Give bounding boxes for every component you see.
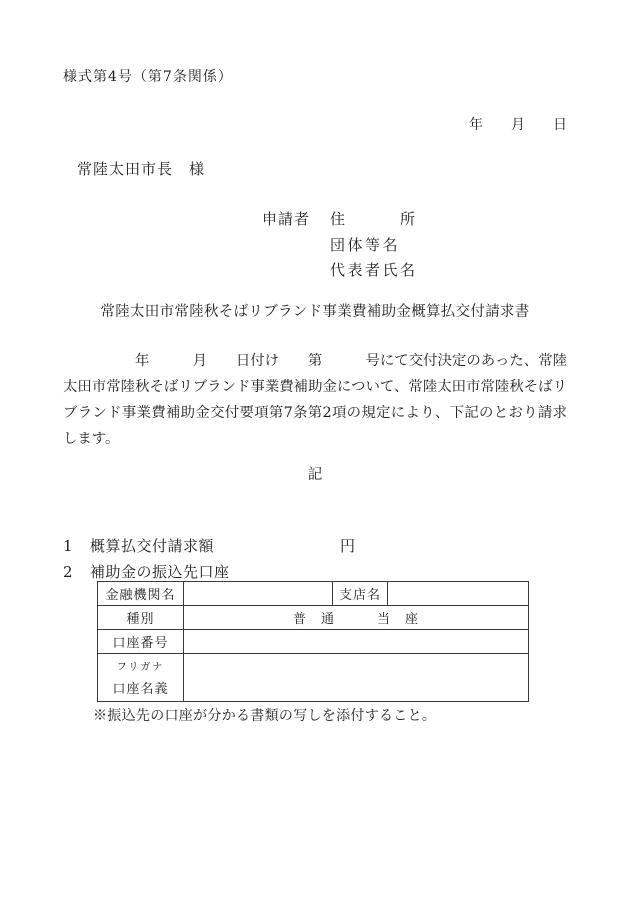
furigana-label: フリガナ — [117, 658, 165, 673]
applicant-label: 申請者 — [262, 208, 310, 229]
date-line: 年 月 日 — [0, 114, 567, 134]
item-number: 1 — [63, 537, 90, 555]
yen-unit-label: 円 — [340, 535, 356, 556]
list-item-request-amount: 1概算払交付請求額 円 — [63, 535, 214, 556]
account-number-value-cell — [184, 630, 528, 654]
body-paragraph: 年 月 日付け 第 号にて交付決定のあった、常陸 太田市常陸秋そばリブランド事業… — [63, 348, 567, 452]
account-name-value-cell — [184, 654, 528, 701]
document-page: 様式第4号（第7条関係） 年 月 日 常陸太田市長 様 申請者 住 所 団体等名… — [0, 0, 630, 903]
account-type-options-cell: 普 通 当 座 — [184, 606, 528, 630]
applicant-address-label: 住 所 — [330, 208, 418, 229]
addressee: 常陸太田市長 様 — [77, 158, 205, 179]
item-label-bank-account: 補助金の振込先口座 — [90, 563, 230, 581]
body-line-1: 年 月 日付け 第 号にて交付決定のあった、常陸 — [63, 348, 567, 374]
footnote: ※振込先の口座が分かる書類の写しを添付すること。 — [93, 705, 436, 725]
branch-label-cell: 支店名 — [333, 582, 388, 606]
account-name-label-cell: フリガナ 口座名義 — [98, 654, 184, 701]
applicant-organization-label: 団体等名 — [330, 234, 400, 255]
applicant-representative-label: 代表者氏名 — [330, 259, 418, 280]
item-label-request-amount: 概算払交付請求額 — [90, 537, 214, 555]
account-name-label: 口座名義 — [112, 678, 168, 697]
bank-account-table: 金融機関名 支店名 種別 普 通 当 座 口座番号 フリガナ 口座名義 — [97, 581, 529, 702]
section-mark: 記 — [0, 463, 630, 484]
body-line-2: 太田市常陸秋そばリブランド事業費補助金について、常陸太田市常陸秋そばリ — [63, 374, 567, 400]
form-number: 様式第4号（第7条関係） — [63, 66, 233, 86]
body-line-3: ブランド事業費補助金交付要項第7条第2項の規定により、下記のとおり請求 — [63, 400, 567, 426]
account-number-label-cell: 口座番号 — [98, 630, 184, 654]
body-line-4: します。 — [63, 426, 567, 452]
document-title: 常陸太田市常陸秋そばリブランド事業費補助金概算払交付請求書 — [0, 300, 630, 321]
financial-institution-label-cell: 金融機関名 — [98, 582, 184, 606]
branch-value-cell — [388, 582, 528, 606]
item-number: 2 — [63, 563, 90, 581]
account-type-label-cell: 種別 — [98, 606, 184, 630]
list-item-bank-account: 2補助金の振込先口座 — [63, 561, 230, 582]
financial-institution-value-cell — [184, 582, 333, 606]
